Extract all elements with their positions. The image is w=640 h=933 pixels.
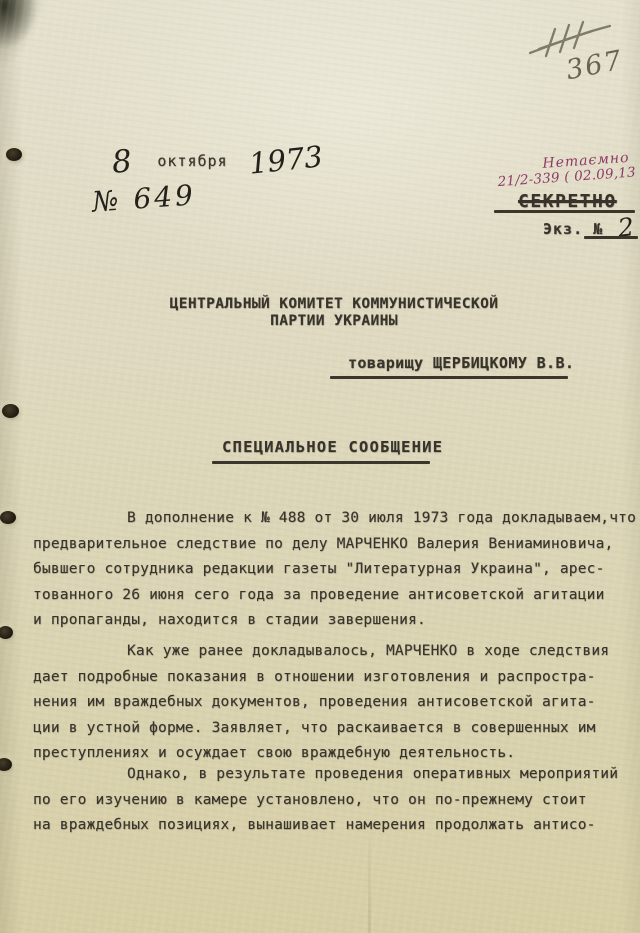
text-line: В дополнение к № 488 от 30 июля 1973 год… bbox=[33, 506, 633, 532]
text-line: дает подробные показания в отношении изг… bbox=[33, 665, 633, 691]
text-line: Однако, в результате проведения оператив… bbox=[33, 762, 633, 788]
paragraph-2: Как уже ранее докладывалось, МАРЧЕНКО в … bbox=[33, 639, 633, 767]
text-line: нения им враждебных документов, проведен… bbox=[33, 690, 633, 716]
paper-crease bbox=[368, 818, 371, 933]
text-line: предварительное следствие по делу МАРЧЕН… bbox=[33, 532, 633, 558]
document-page: 367 8 октября 1973 № 649 Нетаємно 21/2-3… bbox=[0, 0, 640, 933]
declassification-note: Нетаємно 21/2-339 ( 02.09,13 bbox=[496, 150, 640, 190]
date-year-handwritten: 1973 bbox=[248, 139, 325, 181]
text-line: Как уже ранее докладывалось, МАРЧЕНКО в … bbox=[33, 639, 633, 665]
text-line: на враждебных позициях, вынашивает намер… bbox=[33, 813, 633, 839]
text-line: бывшего сотрудника редакции газеты "Лите… bbox=[33, 557, 633, 583]
addressee-underline bbox=[330, 376, 568, 379]
paragraph-1: В дополнение к № 488 от 30 июля 1973 год… bbox=[33, 506, 633, 634]
title-underline bbox=[212, 461, 430, 464]
date-line: 8 октября 1973 bbox=[112, 143, 323, 180]
secrecy-stamp: СЕКРЕТНО bbox=[518, 191, 617, 212]
punch-hole bbox=[0, 758, 12, 771]
document-title: СПЕЦИАЛЬНОЕ СООБЩЕНИЕ bbox=[222, 438, 443, 456]
punch-hole bbox=[0, 626, 13, 639]
text-line: и пропаганды, находится в стадии заверше… bbox=[33, 608, 633, 634]
copy-number-underline bbox=[584, 236, 638, 239]
addressee: товарищу ЩЕРБИЦКОМУ В.В. bbox=[348, 354, 574, 372]
date-day-handwritten: 8 bbox=[110, 143, 133, 181]
outgoing-number-handwritten: № 649 bbox=[91, 178, 197, 218]
date-month-typed: октября bbox=[157, 152, 227, 170]
text-line: по его изучению в камере установлено, чт… bbox=[33, 788, 633, 814]
text-line: ции в устной форме. Заявляет, что раскаи… bbox=[33, 716, 633, 742]
punch-hole bbox=[6, 148, 22, 161]
recipient-org-line2: ПАРТИИ УКРАИНЫ bbox=[168, 313, 500, 330]
paragraph-3: Однако, в результате проведения оператив… bbox=[33, 762, 633, 839]
recipient-org-line1: ЦЕНТРАЛЬНЫЙ КОМИТЕТ КОММУНИСТИЧЕСКОЙ bbox=[168, 296, 500, 313]
text-line: тованного 26 июня сего года за проведени… bbox=[33, 583, 633, 609]
punch-hole bbox=[0, 511, 16, 524]
punch-hole bbox=[2, 404, 19, 418]
recipient-organisation: ЦЕНТРАЛЬНЫЙ КОМИТЕТ КОММУНИСТИЧЕСКОЙ ПАР… bbox=[168, 296, 500, 329]
